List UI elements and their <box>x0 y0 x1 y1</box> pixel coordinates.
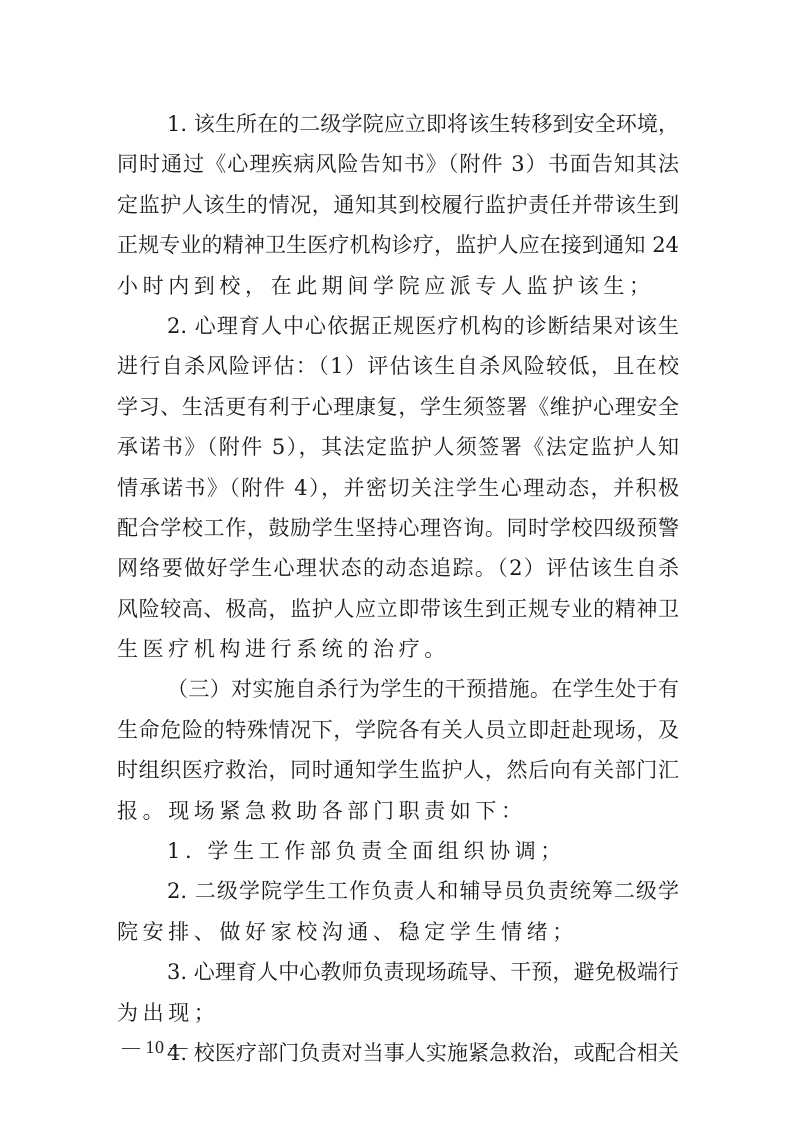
text-line: 报。现场紧急救助各部门职责如下： <box>117 791 679 831</box>
text-line: 进行自杀风险评估：（1）评估该生自杀风险较低，且在校 <box>117 346 679 386</box>
text-line: 情承诺书》（附件 4），并密切关注学生心理动态，并积极 <box>117 468 679 508</box>
text-line: 生医疗机构进行系统的治疗。 <box>117 629 679 669</box>
text-line: 生命危险的特殊情况下，学院各有关人员立即赶赴现场，及 <box>117 710 679 750</box>
text-line: 学习、生活更有利于心理康复，学生须签署《维护心理安全 <box>117 387 679 427</box>
paragraph-first-line: 4. 校医疗部门负责对当事人实施紧急救治，或配合相关 <box>117 1033 679 1073</box>
text-line: 风险较高、极高，监护人应立即带该生到正规专业的精神卫 <box>117 589 679 629</box>
text-line: 小时内到校，在此期间学院应派专人监护该生； <box>117 266 679 306</box>
paragraph-first-line: 1. 该生所在的二级学院应立即将该生转移到安全环境， <box>117 104 679 144</box>
text-line: 为出现； <box>117 993 679 1033</box>
document-body: 1. 该生所在的二级学院应立即将该生转移到安全环境，同时通过《心理疾病风险告知书… <box>117 104 679 1073</box>
text-line: 正规专业的精神卫生医疗机构诊疗，监护人应在接到通知 24 <box>117 225 679 265</box>
paragraph-first-line: 2. 二级学院学生工作负责人和辅导员负责统筹二级学 <box>117 871 679 911</box>
page-number: — 10 — <box>122 1037 188 1058</box>
text-line: 同时通过《心理疾病风险告知书》（附件 3）书面告知其法 <box>117 144 679 184</box>
document-page: 1. 该生所在的二级学院应立即将该生转移到安全环境，同时通过《心理疾病风险告知书… <box>0 0 799 1130</box>
paragraph-first-line: 3. 心理育人中心教师负责现场疏导、干预，避免极端行 <box>117 952 679 992</box>
paragraph-first-line: （三）对实施自杀行为学生的干预措施。在学生处于有 <box>117 669 679 709</box>
text-line: 院安排、做好家校沟通、稳定学生情绪； <box>117 912 679 952</box>
paragraph-first-line: 2. 心理育人中心依据正规医疗机构的诊断结果对该生 <box>117 306 679 346</box>
text-line: 定监护人该生的情况，通知其到校履行监护责任并带该生到 <box>117 185 679 225</box>
text-line: 承诺书》（附件 5），其法定监护人须签署《法定监护人知 <box>117 427 679 467</box>
text-line: 网络要做好学生心理状态的动态追踪。（2）评估该生自杀 <box>117 548 679 588</box>
text-line: 配合学校工作，鼓励学生坚持心理咨询。同时学校四级预警 <box>117 508 679 548</box>
text-line: 时组织医疗救治，同时通知学生监护人，然后向有关部门汇 <box>117 750 679 790</box>
paragraph-first-line: 1. 学生工作部负责全面组织协调； <box>117 831 679 871</box>
